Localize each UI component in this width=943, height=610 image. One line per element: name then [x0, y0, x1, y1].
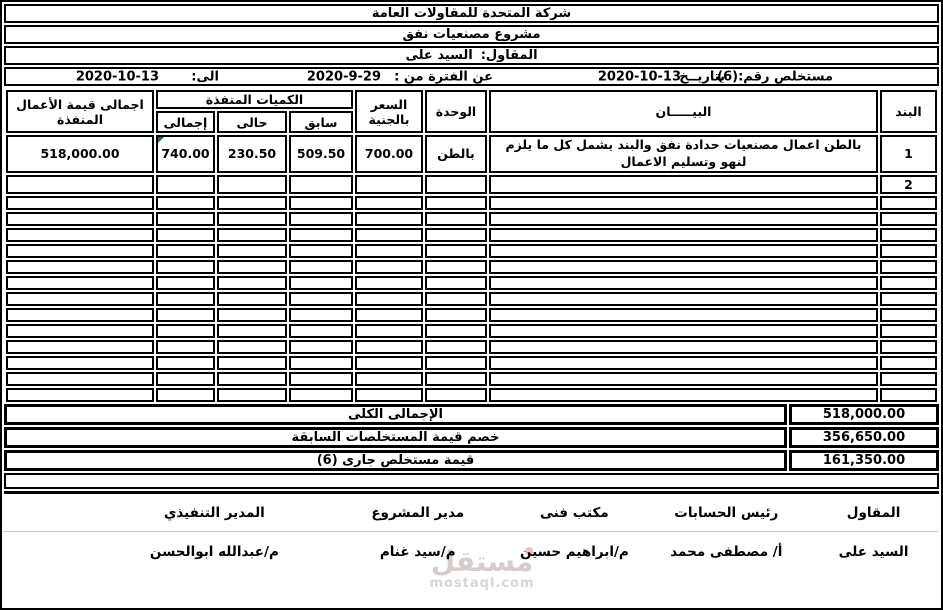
cell-item — [880, 212, 937, 226]
items-body: 1بالطن اعمال مصنعيات حدادة نفق والبند يش… — [6, 135, 937, 402]
cell-current — [217, 196, 287, 210]
col-header-total: إجمالى — [156, 111, 215, 133]
signature-section: المقاولرئيس الحساباتمكتب فنىمدير المشروع… — [4, 491, 939, 570]
cell-previous — [289, 356, 353, 370]
cell-description — [489, 244, 878, 258]
cell-previous — [289, 276, 353, 290]
cell-total — [156, 356, 215, 370]
cell-previous — [289, 175, 353, 194]
statement-document: شركة المتحدة للمقاولات العامة مشروع مصنع… — [0, 0, 943, 610]
cell-description — [489, 388, 878, 402]
signature-names: السيد علىأ/ مصطفى محمدم/ابراهيم حسينم/سي… — [4, 532, 939, 572]
totals-label: خصم قيمة المستخلصات السابقة — [4, 427, 787, 448]
cell-previous — [289, 196, 353, 210]
col-header-previous: سابق — [289, 111, 353, 133]
signature-title: مكتب فنى — [504, 505, 644, 521]
cell-price — [355, 212, 423, 226]
cell-price — [355, 388, 423, 402]
cell-price — [355, 244, 423, 258]
cell-unit: بالطن — [425, 135, 487, 173]
totals-label: الإجمالى الكلى — [4, 404, 787, 425]
cell-description — [489, 308, 878, 322]
cell-unit — [425, 228, 487, 242]
col-header-current: حالى — [217, 111, 287, 133]
cell-item — [880, 276, 937, 290]
items-table: البند البيـــــان الوحدة السعر بالجنية ا… — [4, 88, 939, 404]
contractor-row: المقاول: السيد على — [4, 46, 939, 65]
signature-titles: المقاولرئيس الحساباتمكتب فنىمدير المشروع… — [4, 494, 939, 532]
cell-current — [217, 212, 287, 226]
cell-unit — [425, 372, 487, 386]
cell-total_value — [6, 175, 154, 194]
cell-total — [156, 276, 215, 290]
cell-item — [880, 292, 937, 306]
contractor-name: السيد على — [405, 48, 472, 63]
cell-price — [355, 196, 423, 210]
cell-current — [217, 340, 287, 354]
cell-total — [156, 196, 215, 210]
watermark-site: mostaql.com — [407, 576, 557, 591]
table-row — [6, 372, 937, 386]
col-header-quantities-group: الكميات المنفذة — [156, 90, 353, 109]
cell-total_value — [6, 356, 154, 370]
cell-total — [156, 308, 215, 322]
cell-item — [880, 260, 937, 274]
table-row — [6, 356, 937, 370]
cell-total_value — [6, 308, 154, 322]
cell-item — [880, 340, 937, 354]
table-row — [6, 324, 937, 338]
signature-title: رئيس الحسابات — [644, 505, 808, 521]
cell-description — [489, 324, 878, 338]
period-from-label: عن الفترة من : — [394, 69, 493, 84]
cell-total — [156, 292, 215, 306]
cell-item — [880, 356, 937, 370]
cell-description — [489, 340, 878, 354]
cell-total_value — [6, 292, 154, 306]
spacer-row — [4, 473, 939, 489]
table-row — [6, 308, 937, 322]
cell-item — [880, 244, 937, 258]
cell-current — [217, 292, 287, 306]
cell-price — [355, 276, 423, 290]
cell-price — [355, 260, 423, 274]
table-row — [6, 292, 937, 306]
col-header-total-value: اجمالى قيمة الأعمال المنفذة — [6, 90, 154, 133]
signature-name: م/عبدالله ابوالحسن — [98, 544, 332, 560]
cell-current — [217, 228, 287, 242]
period-to-value: 2020-10-13 — [76, 69, 159, 84]
cell-total — [156, 244, 215, 258]
table-row — [6, 244, 937, 258]
period-from-value: 2020-9-29 — [307, 69, 381, 84]
cell-total — [156, 212, 215, 226]
cell-total_value — [6, 388, 154, 402]
cell-total_value — [6, 244, 154, 258]
cell-unit — [425, 212, 487, 226]
cell-item: 2 — [880, 175, 937, 194]
cell-total — [156, 388, 215, 402]
cell-item — [880, 196, 937, 210]
cell-price — [355, 324, 423, 338]
cell-unit — [425, 388, 487, 402]
col-header-unit: الوحدة — [425, 90, 487, 133]
col-header-description: البيـــــان — [489, 90, 878, 133]
table-row — [6, 276, 937, 290]
signature-title: المدير التنفيذي — [98, 505, 332, 521]
cell-item: 1 — [880, 135, 937, 173]
cell-item — [880, 372, 937, 386]
cell-previous — [289, 212, 353, 226]
cell-current — [217, 372, 287, 386]
cell-price — [355, 175, 423, 194]
cell-total — [156, 228, 215, 242]
totals-row: 518,000.00الإجمالى الكلى — [4, 404, 939, 425]
cell-current — [217, 388, 287, 402]
col-header-item: البند — [880, 90, 937, 133]
cell-description — [489, 292, 878, 306]
cell-current — [217, 276, 287, 290]
cell-current — [217, 175, 287, 194]
cell-price — [355, 372, 423, 386]
cell-previous — [289, 340, 353, 354]
cell-unit — [425, 308, 487, 322]
cell-total_value — [6, 260, 154, 274]
cell-item — [880, 324, 937, 338]
cell-price — [355, 308, 423, 322]
cell-current — [217, 324, 287, 338]
col-header-price: السعر بالجنية — [355, 90, 423, 133]
cell-description — [489, 228, 878, 242]
cell-total_value — [6, 276, 154, 290]
cell-unit — [425, 260, 487, 274]
cell-previous — [289, 292, 353, 306]
cell-current — [217, 260, 287, 274]
cell-previous — [289, 228, 353, 242]
cell-item — [880, 388, 937, 402]
table-row: 2 — [6, 175, 937, 194]
cell-description — [489, 196, 878, 210]
cell-unit — [425, 324, 487, 338]
cell-previous — [289, 260, 353, 274]
table-row: 1بالطن اعمال مصنعيات حدادة نفق والبند يش… — [6, 135, 937, 173]
totals-value: 518,000.00 — [789, 404, 939, 425]
statement-info-row: مستخلص رقم:(6) بتاريــخ 2020-10-13 عن ال… — [4, 67, 939, 86]
totals-section: 518,000.00الإجمالى الكلى356,650.00خصم قي… — [4, 404, 939, 471]
cell-description — [489, 260, 878, 274]
cell-total — [156, 324, 215, 338]
cell-total_value — [6, 212, 154, 226]
signature-name: م/ابراهيم حسين — [504, 544, 644, 560]
cell-total — [156, 175, 215, 194]
cell-total_value: 518,000.00 — [6, 135, 154, 173]
signature-name: أ/ مصطفى محمد — [644, 544, 808, 560]
cell-total_value — [6, 228, 154, 242]
cell-previous — [289, 324, 353, 338]
cell-item — [880, 308, 937, 322]
cell-previous — [289, 308, 353, 322]
cell-total_value — [6, 196, 154, 210]
cell-total: 740.00 — [156, 135, 215, 173]
company-name: شركة المتحدة للمقاولات العامة — [372, 6, 571, 21]
cell-total — [156, 340, 215, 354]
cell-unit — [425, 244, 487, 258]
period-to-label: الى: — [191, 69, 219, 84]
totals-label: قيمة مستخلص جارى (6) — [4, 450, 787, 471]
table-row — [6, 212, 937, 226]
table-row — [6, 260, 937, 274]
totals-value: 161,350.00 — [789, 450, 939, 471]
project-name: مشروع مصنعيات نفق — [402, 27, 540, 42]
cell-item — [880, 228, 937, 242]
company-name-row: شركة المتحدة للمقاولات العامة — [4, 4, 939, 23]
cell-description — [489, 175, 878, 194]
cell-total_value — [6, 324, 154, 338]
cell-current: 230.50 — [217, 135, 287, 173]
table-row — [6, 196, 937, 210]
cell-unit — [425, 175, 487, 194]
totals-value: 356,650.00 — [789, 427, 939, 448]
table-row — [6, 340, 937, 354]
totals-row: 356,650.00خصم قيمة المستخلصات السابقة — [4, 427, 939, 448]
cell-price — [355, 356, 423, 370]
cell-previous — [289, 388, 353, 402]
cell-total_value — [6, 372, 154, 386]
signature-title: مدير المشروع — [331, 505, 504, 521]
signature-title: المقاول — [808, 505, 939, 521]
contractor-label: المقاول: — [481, 48, 538, 63]
cell-unit — [425, 340, 487, 354]
cell-description — [489, 356, 878, 370]
signature-name: السيد على — [808, 544, 939, 560]
cell-previous — [289, 372, 353, 386]
cell-unit — [425, 356, 487, 370]
cell-total — [156, 260, 215, 274]
cell-unit — [425, 196, 487, 210]
cell-price — [355, 340, 423, 354]
cell-unit — [425, 276, 487, 290]
cell-description — [489, 212, 878, 226]
cell-current — [217, 356, 287, 370]
totals-row: 161,350.00قيمة مستخلص جارى (6) — [4, 450, 939, 471]
statement-date-label: بتاريــخ — [679, 69, 725, 84]
statement-date-value: 2020-10-13 — [598, 69, 681, 84]
table-row — [6, 388, 937, 402]
cell-price: 700.00 — [355, 135, 423, 173]
cell-description — [489, 276, 878, 290]
cell-previous: 509.50 — [289, 135, 353, 173]
cell-price — [355, 228, 423, 242]
table-row — [6, 228, 937, 242]
cell-description — [489, 372, 878, 386]
statement-number: مستخلص رقم:(6) — [717, 69, 833, 84]
project-name-row: مشروع مصنعيات نفق — [4, 25, 939, 44]
signature-name: م/سيد غنام — [331, 544, 504, 560]
cell-price — [355, 292, 423, 306]
cell-current — [217, 308, 287, 322]
cell-previous — [289, 244, 353, 258]
cell-unit — [425, 292, 487, 306]
cell-total_value — [6, 340, 154, 354]
cell-total — [156, 372, 215, 386]
cell-description: بالطن اعمال مصنعيات حدادة نفق والبند يشم… — [489, 135, 878, 173]
cell-current — [217, 244, 287, 258]
